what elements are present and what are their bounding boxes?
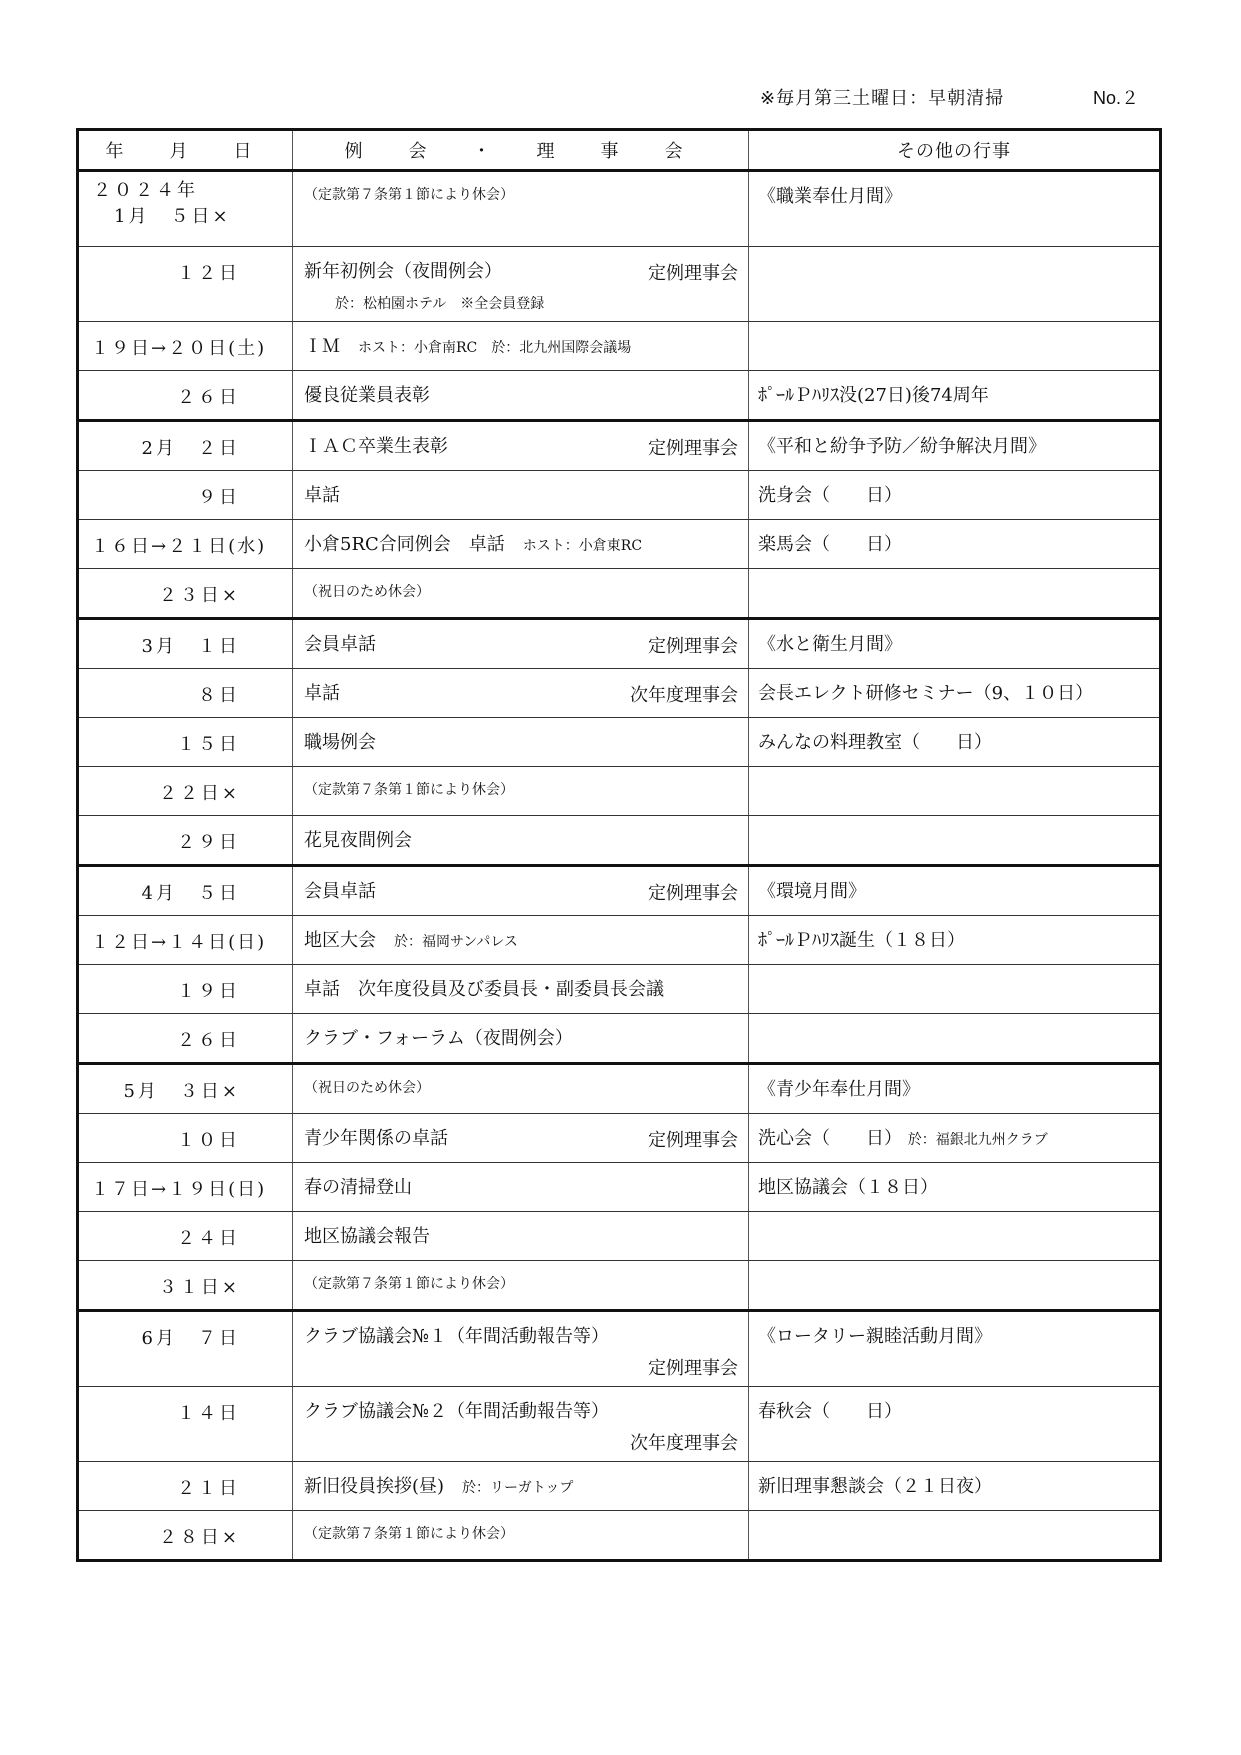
- date-text: ２６日: [79, 1014, 292, 1052]
- meeting-cell: クラブ協議会№１（年間活動報告等） 定例理事会: [293, 1311, 749, 1387]
- other-event-text: [749, 322, 1159, 353]
- table-row: ８日 卓話 次年度理事会 会長エレクト研修セミナー（9、１０日）: [78, 669, 1161, 718]
- other-event-text: 《ロータリー親睦活動月間》: [749, 1312, 1159, 1348]
- table-row: １２日→１４日(日) 地区大会於：福岡サンパレス ﾎﾟｰﾙＰﾊﾘｽ誕生（１８日）: [78, 916, 1161, 965]
- date-text: １６日→２１日(水): [79, 520, 292, 558]
- date-cell: 6月 ７日: [78, 1311, 293, 1387]
- other-event-main: 《水と衛生月間》: [758, 634, 902, 655]
- meeting-content: 地区大会於：福岡サンパレス: [293, 916, 748, 952]
- meeting-content: ＩＭホスト：小倉南RC 於：北九州国際会議場: [293, 322, 748, 358]
- table-row: ９日 卓話 洗身会（ 日）: [78, 471, 1161, 520]
- other-event-cell: 春秋会（ 日）: [749, 1387, 1161, 1462]
- other-event-detail: 於：福銀北九州クラブ: [908, 1132, 1048, 1148]
- other-event-cell: [749, 767, 1161, 816]
- meeting-content: （定款第７条第１節により休会）: [293, 1261, 748, 1293]
- other-event-main: 《平和と紛争予防／紛争解決月間》: [758, 436, 1046, 457]
- meeting-content: （祝日のため休会）: [293, 569, 748, 601]
- meeting-detail: ホスト：小倉南RC 於：北九州国際会議場: [358, 340, 631, 356]
- meeting-content: 卓話 次年度役員及び委員長・副委員長会議: [293, 965, 748, 1001]
- other-event-cell: 洗身会（ 日）: [749, 471, 1161, 520]
- other-event-text: 春秋会（ 日）: [749, 1387, 1159, 1423]
- board-meeting-label: 定例理事会: [648, 632, 738, 658]
- meeting-title: 地区協議会報告: [304, 1222, 430, 1248]
- other-event-text: 洗心会（ 日） 於：福銀北九州クラブ: [749, 1114, 1159, 1150]
- other-event-main: 《環境月間》: [758, 881, 866, 902]
- meeting-cell: 職場例会: [293, 718, 749, 767]
- other-event-cell: [749, 322, 1161, 371]
- other-event-cell: 《平和と紛争予防／紛争解決月間》: [749, 421, 1161, 471]
- other-event-main: 洗身会（ 日）: [758, 485, 902, 506]
- meeting-detail: ホスト：小倉東RC: [523, 538, 642, 554]
- meeting-cell: 卓話: [293, 471, 749, 520]
- meeting-title: クラブ協議会№２（年間活動報告等）: [304, 1397, 609, 1423]
- date-text: ８日: [79, 669, 292, 707]
- meeting-title: 会員卓話: [304, 630, 376, 656]
- other-event-main: 新旧理事懇談会（２１日夜）: [758, 1476, 992, 1497]
- board-meeting-label: 定例理事会: [648, 259, 738, 285]
- date-cell: ２６日: [78, 371, 293, 421]
- other-event-cell: [749, 816, 1161, 866]
- table-row: ２９日 花見夜間例会: [78, 816, 1161, 866]
- other-event-text: みんなの料理教室（ 日）: [749, 718, 1159, 754]
- date-text: １５日: [79, 718, 292, 756]
- board-meeting-label: 次年度理事会: [630, 681, 738, 707]
- date-text: ９日: [79, 471, 292, 509]
- date-cell: １４日: [78, 1387, 293, 1462]
- date-text: 3月 １日: [79, 620, 292, 658]
- meeting-cell: 花見夜間例会: [293, 816, 749, 866]
- table-row: １７日→１９日(日) 春の清掃登山 地区協議会（１８日）: [78, 1163, 1161, 1212]
- meeting-title: 新旧役員挨拶(昼): [304, 1472, 444, 1498]
- meeting-cell: （定款第７条第１節により休会）: [293, 171, 749, 247]
- date-cell: ２６日: [78, 1014, 293, 1064]
- meeting-title: （定款第７条第１節により休会）: [304, 182, 514, 204]
- other-event-text: 新旧理事懇談会（２１日夜）: [749, 1462, 1159, 1498]
- date-text: 4月 ５日: [79, 867, 292, 905]
- date-cell: ２９日: [78, 816, 293, 866]
- date-text: ２８日×: [79, 1511, 292, 1549]
- other-event-cell: 《環境月間》: [749, 866, 1161, 916]
- other-event-cell: みんなの料理教室（ 日）: [749, 718, 1161, 767]
- meeting-title: 優良従業員表彰: [304, 381, 430, 407]
- table-row: 3月 １日 会員卓話 定例理事会 《水と衛生月間》: [78, 619, 1161, 669]
- table-row: １６日→２１日(水) 小倉5RC合同例会 卓話ホスト：小倉東RC 楽馬会（ 日）: [78, 520, 1161, 569]
- meeting-title: クラブ・フォーラム（夜間例会）: [304, 1024, 573, 1050]
- other-event-cell: [749, 569, 1161, 619]
- date-text: 5月 ３日×: [79, 1065, 292, 1103]
- other-event-cell: ﾎﾟｰﾙＰﾊﾘｽ誕生（１８日）: [749, 916, 1161, 965]
- board-meeting-label: 定例理事会: [648, 434, 738, 460]
- meeting-title: ＩＭ: [304, 332, 340, 358]
- meeting-content: 新旧役員挨拶(昼)於：リーガトップ: [293, 1462, 748, 1498]
- other-event-text: 《水と衛生月間》: [749, 620, 1159, 656]
- cleaning-note: ※毎月第三土曜日：早朝清掃: [760, 84, 1004, 110]
- meeting-title: （定款第７条第１節により休会）: [304, 1271, 514, 1293]
- date-cell: １５日: [78, 718, 293, 767]
- meeting-title: 会員卓話: [304, 877, 376, 903]
- table-row: ２２日× （定款第７条第１節により休会）: [78, 767, 1161, 816]
- meeting-cell: （祝日のため休会）: [293, 569, 749, 619]
- other-event-text: 楽馬会（ 日）: [749, 520, 1159, 556]
- other-event-text: 会長エレクト研修セミナー（9、１０日）: [749, 669, 1159, 705]
- meeting-cell: 地区大会於：福岡サンパレス: [293, 916, 749, 965]
- date-text: ２３日×: [79, 569, 292, 607]
- meeting-title: クラブ協議会№１（年間活動報告等）: [304, 1322, 609, 1348]
- meeting-content: 卓話: [293, 471, 748, 507]
- meeting-cell: ＩＡＣ卒業生表彰 定例理事会: [293, 421, 749, 471]
- board-meeting-label: 定例理事会: [648, 1354, 738, 1380]
- meeting-venue: 於：松柏園ホテル ※全会員登録: [304, 283, 738, 313]
- other-event-text: [749, 569, 1159, 600]
- date-text: ２１日: [79, 1462, 292, 1500]
- meeting-detail: 於：福岡サンパレス: [394, 934, 518, 950]
- date-text: 2月 ２日: [79, 422, 292, 460]
- other-event-main: 楽馬会（ 日）: [758, 534, 902, 555]
- other-event-text: [749, 816, 1159, 847]
- other-event-text: [749, 1212, 1159, 1243]
- meeting-cell: 新年初例会（夜間例会） 定例理事会 於：松柏園ホテル ※全会員登録: [293, 247, 749, 322]
- other-event-main: 洗心会（ 日）: [758, 1128, 902, 1149]
- meeting-content: （定款第７条第１節により休会）: [293, 1511, 748, 1543]
- meeting-cell: 春の清掃登山: [293, 1163, 749, 1212]
- date-cell: １０日: [78, 1114, 293, 1163]
- table-row: １０日 青少年関係の卓話 定例理事会 洗心会（ 日） 於：福銀北九州クラブ: [78, 1114, 1161, 1163]
- other-event-text: 《青少年奉仕月間》: [749, 1065, 1159, 1101]
- table-row: １９日→２０日(土) ＩＭホスト：小倉南RC 於：北九州国際会議場: [78, 322, 1161, 371]
- date-cell: １７日→１９日(日): [78, 1163, 293, 1212]
- other-event-text: 洗身会（ 日）: [749, 471, 1159, 507]
- meeting-cell: （祝日のため休会）: [293, 1064, 749, 1114]
- date-text: １２日→１４日(日): [79, 916, 292, 954]
- meeting-title: 小倉5RC合同例会 卓話: [304, 530, 505, 556]
- table-row: ２６日 クラブ・フォーラム（夜間例会）: [78, 1014, 1161, 1064]
- date-cell: 3月 １日: [78, 619, 293, 669]
- meeting-content: 小倉5RC合同例会 卓話ホスト：小倉東RC: [293, 520, 748, 556]
- meeting-cell: クラブ・フォーラム（夜間例会）: [293, 1014, 749, 1064]
- other-event-text: [749, 1261, 1159, 1292]
- meeting-cell: 卓話 次年度理事会: [293, 669, 749, 718]
- meeting-content: ＩＡＣ卒業生表彰 定例理事会: [293, 422, 748, 458]
- table-row: ２１日 新旧役員挨拶(昼)於：リーガトップ 新旧理事懇談会（２１日夜）: [78, 1462, 1161, 1511]
- date-cell: １９日→２０日(土): [78, 322, 293, 371]
- table-row: １２日 新年初例会（夜間例会） 定例理事会 於：松柏園ホテル ※全会員登録: [78, 247, 1161, 322]
- other-event-text: [749, 767, 1159, 798]
- other-event-text: [749, 965, 1159, 996]
- other-event-main: 《職業奉仕月間》: [758, 186, 902, 207]
- meeting-title: 新年初例会（夜間例会）: [304, 257, 502, 283]
- other-event-cell: 新旧理事懇談会（２１日夜）: [749, 1462, 1161, 1511]
- meeting-cell: ＩＭホスト：小倉南RC 於：北九州国際会議場: [293, 322, 749, 371]
- other-event-main: みんなの料理教室（ 日）: [758, 732, 992, 753]
- meeting-content: （定款第７条第１節により休会）: [293, 767, 748, 799]
- meeting-cell: 青少年関係の卓話 定例理事会: [293, 1114, 749, 1163]
- table-row: １５日 職場例会 みんなの料理教室（ 日）: [78, 718, 1161, 767]
- date-cell: 4月 ５日: [78, 866, 293, 916]
- date-text: 6月 ７日: [79, 1312, 292, 1350]
- meeting-cell: 新旧役員挨拶(昼)於：リーガトップ: [293, 1462, 749, 1511]
- meeting-title: ＩＡＣ卒業生表彰: [304, 432, 448, 458]
- date-cell: １９日: [78, 965, 293, 1014]
- date-cell: １２日→１４日(日): [78, 916, 293, 965]
- meeting-content: クラブ協議会№２（年間活動報告等） 次年度理事会: [293, 1387, 748, 1423]
- meeting-cell: 卓話 次年度役員及び委員長・副委員長会議: [293, 965, 749, 1014]
- other-event-cell: 《青少年奉仕月間》: [749, 1064, 1161, 1114]
- other-event-cell: [749, 1212, 1161, 1261]
- meeting-content: 春の清掃登山: [293, 1163, 748, 1199]
- date-text: ２２日×: [79, 767, 292, 805]
- date-text: １９日: [79, 965, 292, 1003]
- date-cell: ２８日×: [78, 1511, 293, 1561]
- other-event-text: 《環境月間》: [749, 867, 1159, 903]
- meeting-title: （祝日のため休会）: [304, 579, 430, 601]
- date-text: １９日→２０日(土): [79, 322, 292, 360]
- meeting-cell: （定款第７条第１節により休会）: [293, 1511, 749, 1561]
- meeting-title: 職場例会: [304, 728, 376, 754]
- date-text: １２日: [79, 247, 292, 285]
- board-meeting-label: 定例理事会: [648, 1126, 738, 1152]
- other-event-text: ﾎﾟｰﾙＰﾊﾘｽ誕生（１８日）: [749, 916, 1159, 952]
- meeting-cell: 優良従業員表彰: [293, 371, 749, 421]
- table-row: １４日 クラブ協議会№２（年間活動報告等） 次年度理事会 春秋会（ 日）: [78, 1387, 1161, 1462]
- other-event-text: 地区協議会（１８日）: [749, 1163, 1159, 1199]
- other-event-cell: 地区協議会（１８日）: [749, 1163, 1161, 1212]
- table-row: 6月 ７日 クラブ協議会№１（年間活動報告等） 定例理事会 《ロータリー親睦活動…: [78, 1311, 1161, 1387]
- other-event-main: 《ロータリー親睦活動月間》: [758, 1326, 992, 1347]
- meeting-title: 花見夜間例会: [304, 826, 412, 852]
- other-event-text: 《平和と紛争予防／紛争解決月間》: [749, 422, 1159, 458]
- date-cell: 5月 ３日×: [78, 1064, 293, 1114]
- other-event-text: [749, 247, 1159, 278]
- other-event-cell: 洗心会（ 日） 於：福銀北九州クラブ: [749, 1114, 1161, 1163]
- table-row: 5月 ３日× （祝日のため休会） 《青少年奉仕月間》: [78, 1064, 1161, 1114]
- meeting-content: 職場例会: [293, 718, 748, 754]
- other-event-cell: [749, 247, 1161, 322]
- meeting-content: （定款第７条第１節により休会）: [293, 172, 748, 204]
- meeting-title: 卓話: [304, 481, 340, 507]
- meeting-content: （祝日のため休会）: [293, 1065, 748, 1097]
- date-cell: ２１日: [78, 1462, 293, 1511]
- table-row: ２０２４年 1月 ５日× （定款第７条第１節により休会） 《職業奉仕月間》: [78, 171, 1161, 247]
- date-cell: ２０２４年 1月 ５日×: [78, 171, 293, 247]
- table-row: １９日 卓話 次年度役員及び委員長・副委員長会議: [78, 965, 1161, 1014]
- meeting-title: （定款第７条第１節により休会）: [304, 777, 514, 799]
- meeting-title: （祝日のため休会）: [304, 1075, 430, 1097]
- table-row: 4月 ５日 会員卓話 定例理事会 《環境月間》: [78, 866, 1161, 916]
- page-number: No.２: [1093, 84, 1139, 110]
- date-text: ３１日×: [79, 1261, 292, 1299]
- date-text: ２０２４年 1月 ５日×: [79, 172, 292, 230]
- other-event-text: [749, 1014, 1159, 1045]
- meeting-cell: 地区協議会報告: [293, 1212, 749, 1261]
- table-row: ２４日 地区協議会報告: [78, 1212, 1161, 1261]
- date-cell: ８日: [78, 669, 293, 718]
- meeting-cell: クラブ協議会№２（年間活動報告等） 次年度理事会: [293, 1387, 749, 1462]
- meeting-title: 青少年関係の卓話: [304, 1124, 448, 1150]
- other-event-main: 地区協議会（１８日）: [758, 1177, 938, 1198]
- other-event-cell: 《ロータリー親睦活動月間》: [749, 1311, 1161, 1387]
- meeting-cell: 会員卓話 定例理事会: [293, 866, 749, 916]
- date-cell: ２３日×: [78, 569, 293, 619]
- date-cell: ２２日×: [78, 767, 293, 816]
- date-text: ２４日: [79, 1212, 292, 1250]
- schedule-body: ２０２４年 1月 ５日× （定款第７条第１節により休会） 《職業奉仕月間》 １２…: [78, 171, 1161, 1561]
- date-text: ２６日: [79, 371, 292, 409]
- other-event-main: ﾎﾟｰﾙＰﾊﾘｽ没(27日)後74周年: [758, 385, 989, 406]
- meeting-content: 会員卓話 定例理事会: [293, 620, 748, 656]
- meeting-title: 地区大会: [304, 926, 376, 952]
- board-meeting-label: 次年度理事会: [630, 1429, 738, 1455]
- meeting-content: 地区協議会報告: [293, 1212, 748, 1248]
- table-header-row: 年 月 日 例 会 ・ 理 事 会 その他の行事: [78, 130, 1161, 171]
- meeting-title: 卓話 次年度役員及び委員長・副委員長会議: [304, 975, 664, 1001]
- table-row: ３１日× （定款第７条第１節により休会）: [78, 1261, 1161, 1311]
- board-meeting-label: 定例理事会: [648, 879, 738, 905]
- other-event-text: ﾎﾟｰﾙＰﾊﾘｽ没(27日)後74周年: [749, 371, 1159, 407]
- date-cell: １２日: [78, 247, 293, 322]
- date-cell: ９日: [78, 471, 293, 520]
- meeting-cell: 会員卓話 定例理事会: [293, 619, 749, 669]
- table-row: 2月 ２日 ＩＡＣ卒業生表彰 定例理事会 《平和と紛争予防／紛争解決月間》: [78, 421, 1161, 471]
- meeting-content: 会員卓話 定例理事会: [293, 867, 748, 903]
- date-cell: １６日→２１日(水): [78, 520, 293, 569]
- date-cell: 2月 ２日: [78, 421, 293, 471]
- meeting-title: 春の清掃登山: [304, 1173, 412, 1199]
- meeting-cell: 小倉5RC合同例会 卓話ホスト：小倉東RC: [293, 520, 749, 569]
- meeting-content: 新年初例会（夜間例会） 定例理事会 於：松柏園ホテル ※全会員登録: [293, 247, 748, 313]
- table-row: ２３日× （祝日のため休会）: [78, 569, 1161, 619]
- other-event-main: 会長エレクト研修セミナー（9、１０日）: [758, 683, 1093, 704]
- other-event-main: ﾎﾟｰﾙＰﾊﾘｽ誕生（１８日）: [758, 930, 965, 951]
- other-event-text: [749, 1511, 1159, 1542]
- column-header-other-events: その他の行事: [749, 130, 1161, 171]
- meeting-content: クラブ・フォーラム（夜間例会）: [293, 1014, 748, 1050]
- column-header-meetings: 例 会 ・ 理 事 会: [293, 130, 749, 171]
- other-event-main: 《青少年奉仕月間》: [758, 1079, 920, 1100]
- column-header-date: 年 月 日: [78, 130, 293, 171]
- other-event-cell: 《水と衛生月間》: [749, 619, 1161, 669]
- meeting-title: （定款第７条第１節により休会）: [304, 1521, 514, 1543]
- date-cell: ３１日×: [78, 1261, 293, 1311]
- meeting-detail: 於：リーガトップ: [462, 1480, 573, 1496]
- date-text: ２９日: [79, 816, 292, 854]
- other-event-cell: [749, 1261, 1161, 1311]
- other-event-main: 春秋会（ 日）: [758, 1401, 902, 1422]
- schedule-table: 年 月 日 例 会 ・ 理 事 会 その他の行事 ２０２４年 1月 ５日× （定…: [76, 128, 1162, 1562]
- other-event-cell: 会長エレクト研修セミナー（9、１０日）: [749, 669, 1161, 718]
- meeting-title: 卓話: [304, 679, 340, 705]
- date-text: １０日: [79, 1114, 292, 1152]
- other-event-cell: 《職業奉仕月間》: [749, 171, 1161, 247]
- other-event-cell: [749, 1014, 1161, 1064]
- meeting-cell: （定款第７条第１節により休会）: [293, 767, 749, 816]
- meeting-cell: （定款第７条第１節により休会）: [293, 1261, 749, 1311]
- other-event-cell: [749, 1511, 1161, 1561]
- meeting-content: 青少年関係の卓話 定例理事会: [293, 1114, 748, 1150]
- date-text: １４日: [79, 1387, 292, 1425]
- table-row: ２８日× （定款第７条第１節により休会）: [78, 1511, 1161, 1561]
- meeting-content: 卓話 次年度理事会: [293, 669, 748, 705]
- meeting-content: クラブ協議会№１（年間活動報告等） 定例理事会: [293, 1312, 748, 1348]
- date-text: １７日→１９日(日): [79, 1163, 292, 1201]
- other-event-cell: ﾎﾟｰﾙＰﾊﾘｽ没(27日)後74周年: [749, 371, 1161, 421]
- date-cell: ２４日: [78, 1212, 293, 1261]
- meeting-content: 優良従業員表彰: [293, 371, 748, 407]
- other-event-cell: 楽馬会（ 日）: [749, 520, 1161, 569]
- table-row: ２６日 優良従業員表彰 ﾎﾟｰﾙＰﾊﾘｽ没(27日)後74周年: [78, 371, 1161, 421]
- meeting-content: 花見夜間例会: [293, 816, 748, 852]
- other-event-text: 《職業奉仕月間》: [749, 172, 1159, 208]
- other-event-cell: [749, 965, 1161, 1014]
